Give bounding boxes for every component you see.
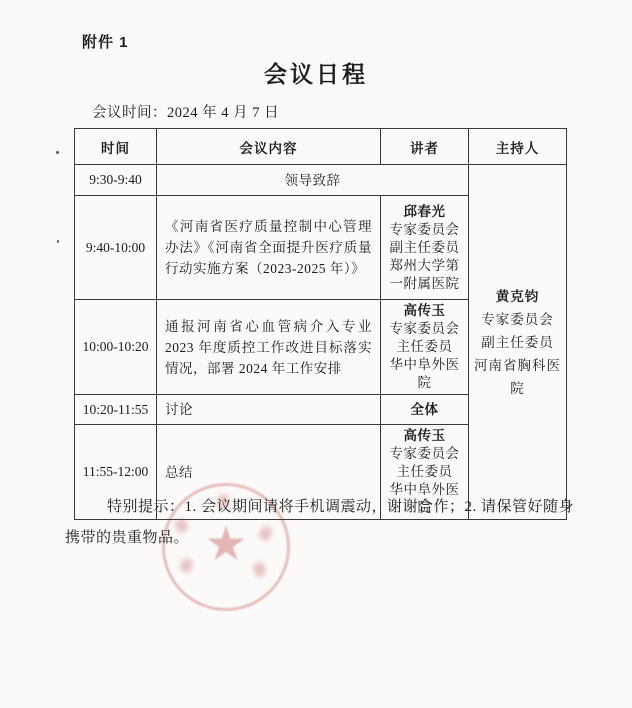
time-cell: 9:40-10:00 <box>75 196 157 300</box>
speaker-name: 邱春光 <box>384 203 465 221</box>
speaker-info: 专家委员会 主任委员 华中阜外医院 <box>384 320 465 392</box>
document-page: 附件 1 会议日程 会议时间：2024 年 4 月 7 日 时间 会议内容 讲者… <box>0 0 632 708</box>
header-speaker: 讲者 <box>381 129 469 165</box>
speaker-cell: 高传玉 专家委员会 主任委员 华中阜外医院 <box>381 300 469 395</box>
header-time: 时间 <box>75 129 157 165</box>
header-content: 会议内容 <box>157 129 381 165</box>
speaker-name: 全体 <box>384 401 465 419</box>
speaker-cell: 全体 <box>381 395 469 425</box>
table-header-row: 时间 会议内容 讲者 主持人 <box>75 129 567 165</box>
host-info: 专家委员会 副主任委员 河南省胸科医院 <box>473 308 562 400</box>
speaker-name: 高传玉 <box>384 427 465 445</box>
time-cell: 10:20-11:55 <box>75 395 157 425</box>
special-notice-line: 特别提示：1. 会议期间请将手机调震动，谢谢合作；2. 请保管好随身 <box>65 492 567 523</box>
content-cell: 领导致辞 <box>157 165 469 196</box>
attachment-label: 附件 1 <box>82 31 129 52</box>
content-cell: 《河南省医疗质量控制中心管理办法》《河南省全面提升医疗质量行动实施方案（2023… <box>157 196 381 300</box>
page-title: 会议日程 <box>0 56 632 89</box>
meeting-time-line: 会议时间：2024 年 4 月 7 日 <box>92 101 279 122</box>
special-notice-line: 携带的贵重物品。 <box>65 523 567 554</box>
header-host: 主持人 <box>469 129 567 165</box>
time-cell: 10:00-10:20 <box>75 300 157 395</box>
content-cell: 通报河南省心血管病介入专业 2023 年度质控工作改进目标落实情况，部署 202… <box>157 300 381 395</box>
host-name: 黄克钧 <box>473 285 562 308</box>
special-notice: 特别提示：1. 会议期间请将手机调震动，谢谢合作；2. 请保管好随身 携带的贵重… <box>65 492 567 554</box>
agenda-table: 时间 会议内容 讲者 主持人 9:30-9:40 领导致辞 黄克钧 专家委员会 … <box>74 128 567 520</box>
speaker-info: 专家委员会 副主任委员 郑州大学第一附属医院 <box>384 221 465 293</box>
host-cell: 黄克钧 专家委员会 副主任委员 河南省胸科医院 <box>469 165 567 520</box>
speaker-name: 高传玉 <box>384 302 465 320</box>
scan-speck <box>56 151 59 154</box>
speaker-cell: 邱春光 专家委员会 副主任委员 郑州大学第一附属医院 <box>381 196 469 300</box>
time-cell: 9:30-9:40 <box>75 165 157 196</box>
content-cell: 讨论 <box>157 395 381 425</box>
scan-speck <box>57 240 59 243</box>
table-row: 9:30-9:40 领导致辞 黄克钧 专家委员会 副主任委员 河南省胸科医院 <box>75 165 567 196</box>
